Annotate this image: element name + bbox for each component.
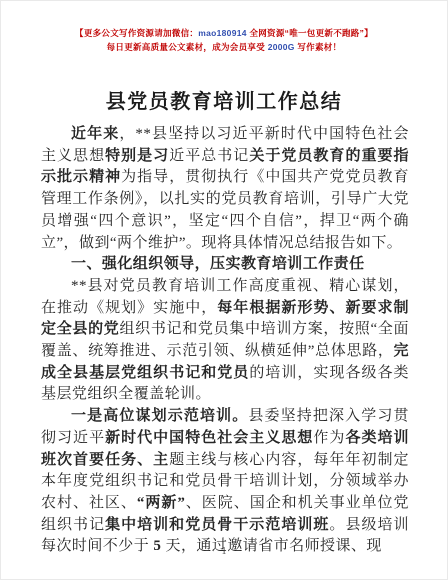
text-segment: 一是高位谋划示范培训。 — [71, 408, 248, 424]
text-segment: 写作素材！ — [295, 42, 342, 52]
text-segment: 新时代中国特色社会主义思想 — [105, 430, 313, 446]
page-number: 1 — [1, 546, 447, 557]
text-segment: 特别是习 — [105, 148, 169, 164]
document-page: 【更多公文写作资源请加微信：mao180914 全网资源“唯一包更新不跑路”】 … — [0, 0, 448, 580]
text-segment: 2000G — [268, 42, 295, 52]
document-title: 县党员教育培训工作总结 — [1, 85, 447, 114]
text-segment: 一、强化组织领导，压实教育培训工作责任 — [71, 256, 365, 272]
ad-line-2: 每日更新高质量公文素材，成为会员享受 2000G 写作素材！ — [1, 40, 447, 54]
ad-banner: 【更多公文写作资源请加微信：mao180914 全网资源“唯一包更新不跑路”】 … — [1, 1, 447, 54]
text-segment: mao180914 — [198, 28, 247, 38]
paragraph: **县对党员教育培训工作高度重视、精心谋划，在推动《规划》实施中，每年根据新形势… — [41, 276, 409, 406]
text-segment: 每日更新高质量公文素材，成为会员享受 — [107, 42, 268, 52]
text-segment: “两新” — [137, 495, 185, 511]
document-body: 近年来，**县坚持以习近平新时代中国特色社会主义思想特别是习近平总书记关于党员教… — [41, 124, 409, 558]
paragraph: 近年来，**县坚持以习近平新时代中国特色社会主义思想特别是习近平总书记关于党员教… — [41, 124, 409, 254]
section-heading: 一、强化组织领导，压实教育培训工作责任 — [41, 254, 409, 276]
ad-line-1: 【更多公文写作资源请加微信：mao180914 全网资源“唯一包更新不跑路”】 — [1, 26, 447, 40]
text-segment: 作为 — [313, 430, 345, 446]
text-segment: 近年来 — [71, 126, 119, 142]
text-segment: 集中培训和党员骨干示范培训班 — [105, 517, 329, 533]
text-segment: 全网资源“唯一包更新不跑路”】 — [247, 28, 373, 38]
text-segment: 【更多公文写作资源请加微信： — [75, 28, 198, 38]
text-segment: 近平总书记 — [169, 148, 249, 164]
paragraph: 一是高位谋划示范培训。县委坚持把深入学习贯彻习近平新时代中国特色社会主义思想作为… — [41, 406, 409, 558]
